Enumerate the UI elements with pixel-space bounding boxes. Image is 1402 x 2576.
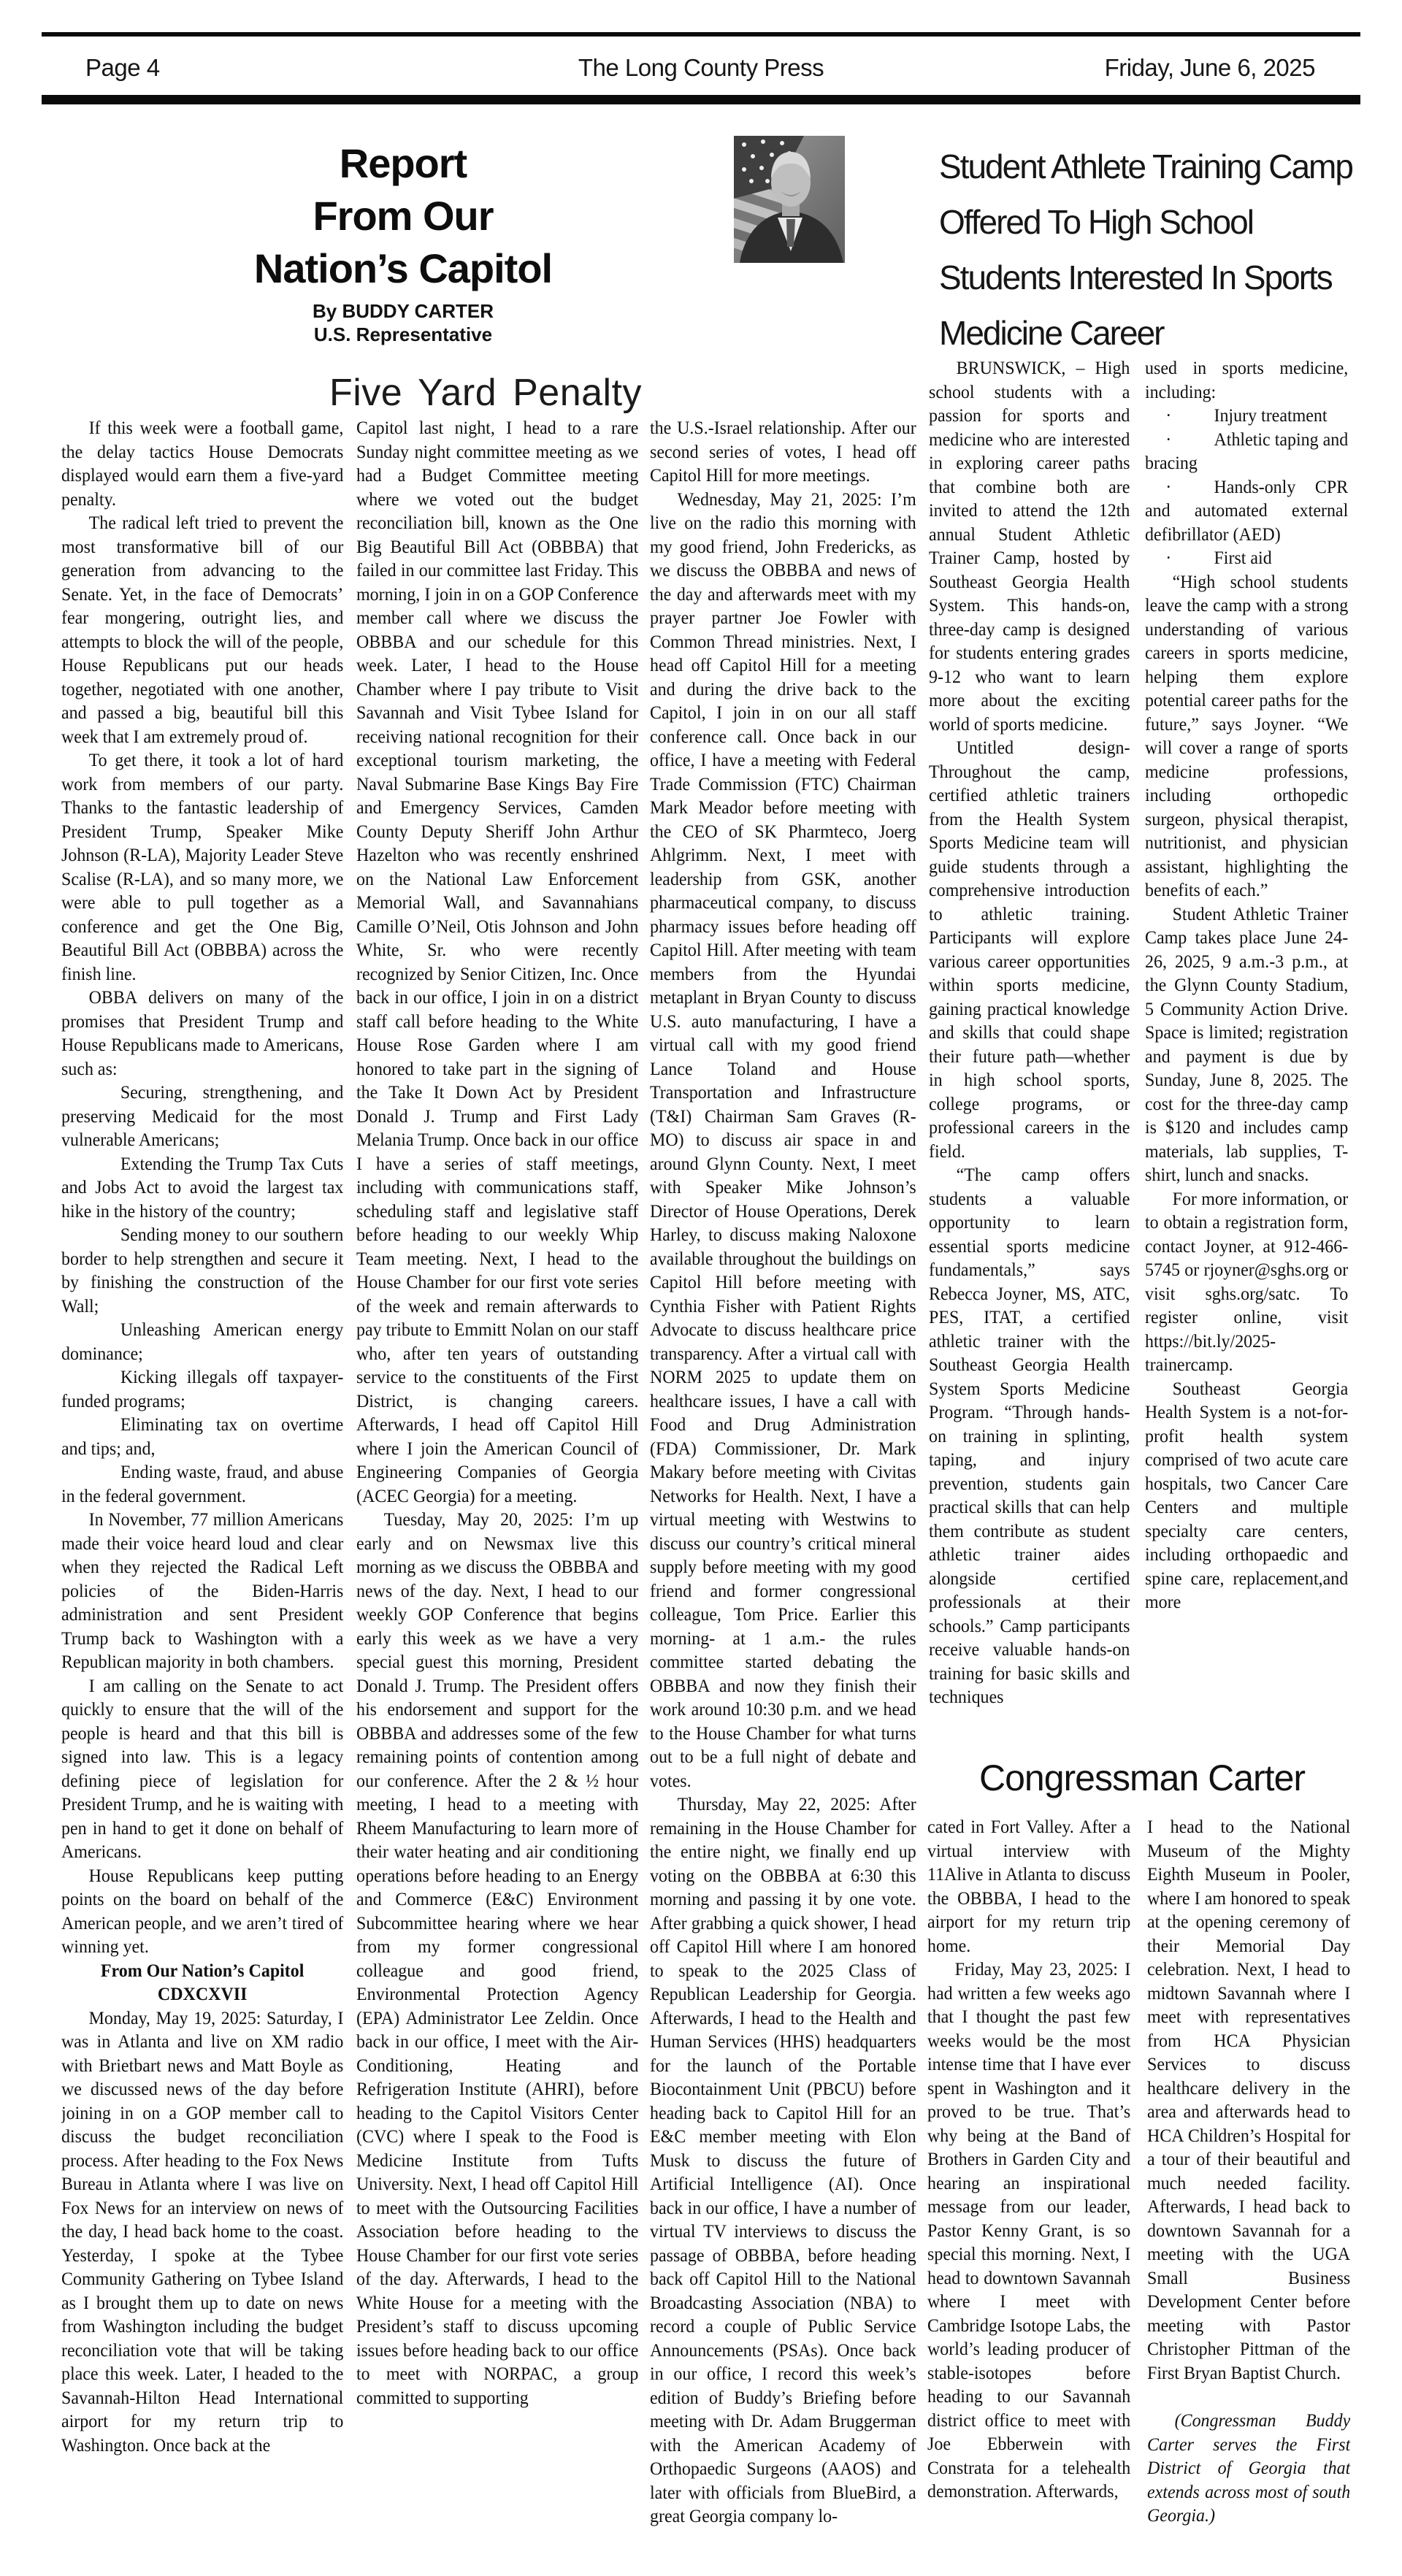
paragraph: Friday, May 23, 2025: I had written a fe… (927, 1958, 1130, 2504)
paragraph: Ending waste, fraud, and abuse in the fe… (61, 1460, 343, 1508)
paragraph: used in sports medicine, including: (1145, 356, 1348, 404)
page-header: Page 4 The Long County Press Friday, Jun… (42, 54, 1360, 86)
camp-bullet-item: Injury treatment (1145, 404, 1348, 428)
paragraph: Eliminating tax on overtime and tips; an… (61, 1413, 343, 1460)
continuation-column-right: I head to the National Museum of the Mig… (1147, 1815, 1350, 2545)
paragraph: Tuesday, May 20, 2025: I’m up early and … (356, 1508, 638, 2410)
report-column-2: Capitol last night, I head to a rare Sun… (356, 416, 638, 2541)
paragraph: Sending money to our southern border to … (61, 1223, 343, 1318)
report-headline: Five Yard Penalty (62, 371, 909, 415)
continuation-column-left: cated in Fort Valley. After a virtual in… (927, 1815, 1130, 2545)
report-byline-title: U.S. Representative (228, 323, 578, 346)
paragraph: “High school students leave the camp wit… (1145, 570, 1348, 902)
camp-bullet-item: Hands-only CPR and automated external de… (1145, 475, 1348, 547)
paragraph: Extending the Trump Tax Cuts and Jobs Ac… (61, 1152, 343, 1224)
report-byline-author: By BUDDY CARTER (228, 299, 578, 323)
report-byline: By BUDDY CARTER U.S. Representative (228, 299, 578, 346)
paragraph: The radical left tried to prevent the mo… (61, 511, 343, 748)
report-column-1: If this week were a football game, the d… (61, 416, 343, 2541)
paragraph: I head to the National Museum of the Mig… (1147, 1815, 1350, 2385)
paragraph: I am calling on the Senate to act quickl… (61, 1674, 343, 1864)
newspaper-page: Page 4 The Long County Press Friday, Jun… (0, 0, 1402, 2576)
paragraph: BRUNSWICK, – High school students with a… (929, 356, 1130, 736)
paragraph: For more information, or to obtain a reg… (1145, 1187, 1348, 1377)
paragraph: “The camp offers students a valuable opp… (929, 1163, 1130, 1709)
paragraph: In November, 77 million Americans made t… (61, 1508, 343, 1674)
paragraph: Unleashing American energy dominance; (61, 1318, 343, 1365)
paragraph: Securing, strengthening, and preserving … (61, 1081, 343, 1152)
camp-column-left: BRUNSWICK, – High school students with a… (929, 356, 1130, 1787)
paragraph: cated in Fort Valley. After a virtual in… (927, 1815, 1130, 1958)
paragraph: CDXCXVII (61, 1982, 343, 2006)
paragraph: To get there, it took a lot of hard work… (61, 748, 343, 986)
header-divider-rule (42, 95, 1360, 104)
paragraph: House Republicans keep putting points on… (61, 1864, 343, 1959)
capitol-report-masthead: ReportFrom OurNation’s Capitol (228, 137, 578, 295)
paragraph: OBBA delivers on many of the promises th… (61, 986, 343, 1081)
paragraph: Thursday, May 22, 2025: After remaining … (650, 1793, 916, 2529)
camp-column-right-intro: used in sports medicine, including: (1145, 356, 1348, 404)
top-rule (42, 32, 1360, 37)
paragraph: Wednesday, May 21, 2025: I’m live on the… (650, 488, 916, 1793)
masthead-line: Report (228, 137, 578, 190)
buddy-carter-photo (734, 136, 845, 263)
camp-article-headline: Student Athlete Training Camp Offered To… (939, 139, 1367, 361)
camp-column-right-rest: “High school students leave the camp wit… (1145, 570, 1348, 1614)
header-date: Friday, June 6, 2025 (1105, 54, 1315, 82)
paragraph: Student Athletic Trainer Camp takes plac… (1145, 902, 1348, 1187)
paragraph: From Our Nation’s Capitol (61, 1959, 343, 1983)
masthead-line: Nation’s Capitol (228, 242, 578, 295)
paragraph: (Congressman Buddy Carter serves the Fir… (1147, 2409, 1350, 2528)
paragraph: Monday, May 19, 2025: Saturday, I was in… (61, 2006, 343, 2458)
camp-column-right: used in sports medicine, including: Inju… (1145, 356, 1348, 1787)
buddy-carter-portrait-image (734, 136, 845, 263)
paragraph: If this week were a football game, the d… (61, 416, 343, 511)
paragraph: Capitol last night, I head to a rare Sun… (356, 416, 638, 1508)
camp-bullet-item: First aid (1145, 546, 1348, 570)
paragraph: the U.S.-Israel relationship. After our … (650, 416, 916, 488)
paragraph: Untitled design-Throughout the camp, cer… (929, 736, 1130, 1163)
camp-bullet-list: Injury treatmentAthletic taping and brac… (1145, 404, 1348, 570)
camp-bullet-item: Athletic taping and bracing (1145, 428, 1348, 475)
report-column-3: the U.S.-Israel relationship. After our … (650, 416, 916, 2541)
paragraph: Southeast Georgia Health System is a not… (1145, 1377, 1348, 1614)
masthead-line: From Our (228, 190, 578, 242)
paragraph: Kicking illegals off taxpayer-funded pro… (61, 1365, 343, 1413)
continuation-heading: Congressman Carter (919, 1757, 1365, 1799)
